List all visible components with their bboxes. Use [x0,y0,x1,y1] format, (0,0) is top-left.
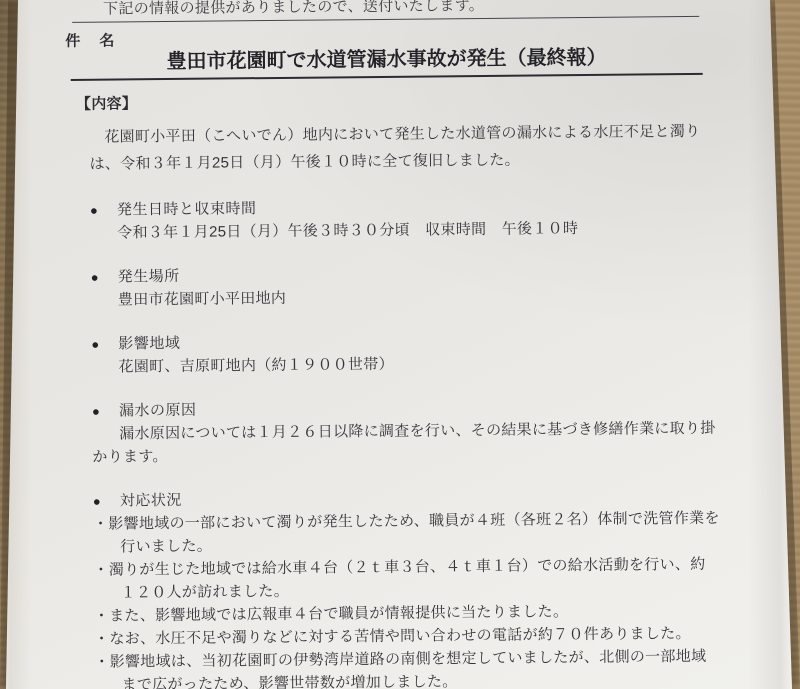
section-body: 花園町、吉原町地内（約１９００世帯） [118,350,718,379]
section-body: 令和３年１月25日（月）午後３時３０分頃 収束時間 午後１０時 [117,216,717,245]
section-body: 豊田市花園町小平田地内 [118,283,718,312]
document-title: 豊田市花園町で水道管漏水事故が発生（最終報） [166,47,606,73]
bullet-icon: ● [92,400,119,423]
sub-bullet-icon: ・ [93,562,108,579]
sub-bullet-icon: ・ [93,516,108,533]
response-item-text: また、影響地域では広報車４台で職員が情報提供に当たりました。 [109,603,568,624]
forwarding-note-text: 下記の情報の提供がありましたので、送付いたします。 [103,0,484,18]
response-item-text: 影響地域の一部において濁りが発生したため、職員が４班（各班２名）体制で洗管作業を… [108,510,720,556]
response-item: ・濁りが生じた地域では給水車４台（２ｔ車３台、４ｔ車１台）での給水活動を行い、約… [93,553,720,605]
section-response-status: ● 対応状況 ・影響地域の一部において濁りが発生したため、職員が４班（各班２名）… [93,484,722,689]
section-affected-area: ● 影響地域 花園町、吉原町地内（約１９００世帯） [91,327,718,379]
section-heading: 漏水の原因 [119,399,197,423]
bullet-icon: ● [93,489,120,512]
response-item: ・影響地域は、当初花園町の伊勢湾岸道路の南側を想定していましたが、北側の一部地域… [94,645,721,689]
response-item-list: ・影響地域の一部において濁りが発生したため、職員が４班（各班２名）体制で洗管作業… [93,507,722,689]
bullet-icon: ● [91,333,118,356]
bullet-icon: ● [90,199,117,222]
section-heading: 対応状況 [120,489,182,513]
document-content: 下記の情報の提供がありましたので、送付いたします。 件 名 豊田市花園町で水道管… [65,0,722,689]
section-occurrence-time: ● 発生日時と収束時間 令和３年１月25日（月）午後３時３０分頃 収束時間 午後… [90,193,717,245]
section-leak-cause: ● 漏水の原因 漏水原因については１月２６日以降に調査を行い、その結果に基づき修… [92,394,720,469]
section-location: ● 発生場所 豊田市花園町小平田地内 [91,260,718,312]
section-heading: 発生日時と収束時間 [117,197,257,221]
title-row: 豊田市花園町で水道管漏水事故が発生（最終報） [70,45,702,81]
document-body: 花園町小平田（こへいでん）地内において発生した水道管の漏水による水圧不足と濁りは… [89,118,721,689]
sub-bullet-icon: ・ [94,631,109,648]
photo-scene: 下記の情報の提供がありましたので、送付いたします。 件 名 豊田市花園町で水道管… [0,0,800,689]
section-heading: 発生場所 [118,265,180,289]
content-section-label: 【内容】 [76,87,716,114]
response-item-text: 濁りが生じた地域では給水車４台（２ｔ車３台、４ｔ車１台）での給水活動を行い、約１… [109,556,706,602]
forwarding-note: 下記の情報の提供がありましたので、送付いたします。 [72,0,699,23]
section-body: 漏水原因については１月２６日以降に調査を行い、その結果に基づき修繕作業に取り掛か… [92,417,719,469]
section-heading: 影響地域 [118,332,180,356]
sub-bullet-icon: ・ [94,654,109,671]
intro-paragraph: 花園町小平田（こへいでん）地内において発生した水道管の漏水による水圧不足と濁りは… [89,118,716,178]
bullet-icon: ● [91,266,118,289]
response-item-text: なお、水圧不足や濁りなどに対する苦情や問い合わせの電話が約７０件ありました。 [109,625,691,648]
response-item-text: 影響地域は、当初花園町の伊勢湾岸道路の南側を想定していましたが、北側の一部地域ま… [110,648,707,689]
response-item: ・影響地域の一部において濁りが発生したため、職員が４班（各班２名）体制で洗管作業… [93,507,720,559]
sub-bullet-icon: ・ [94,608,109,625]
